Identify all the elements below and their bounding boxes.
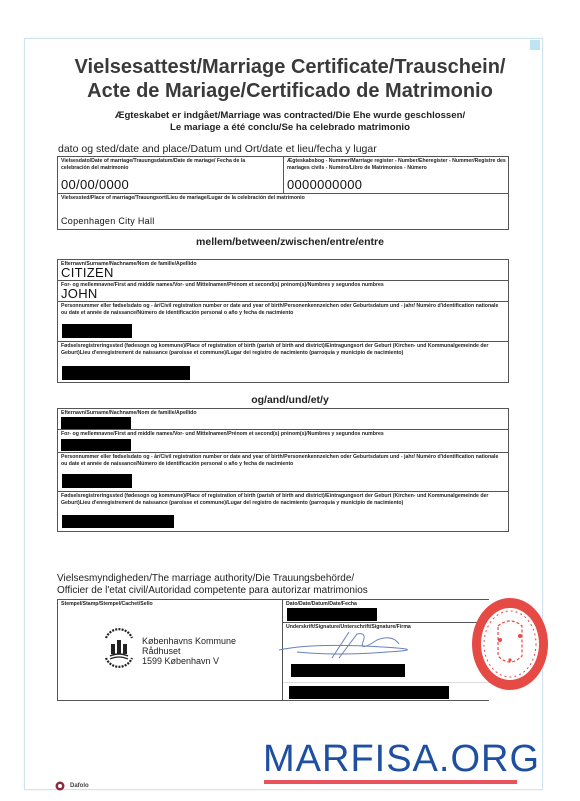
stamp-line1: Københavns Kommune [142, 636, 236, 647]
party1-first-names-cell: For- og mellemnavne/First and middle nam… [58, 281, 508, 301]
marriage-date-label: Vielsesdato/Date of marriage/Trauungsdat… [58, 157, 254, 172]
party2-birth-place-cell: Fødselsregistreringssted (fødesogn og ko… [58, 492, 508, 532]
party2-civil-reg-cell: Personnummer eller fødselsdato og - år/C… [58, 453, 508, 491]
kobenhavn-municipality-logo-icon [102, 628, 136, 668]
civil-reg-label: Personnummer eller fødselsdato og - år/C… [58, 302, 508, 317]
dafolo-logo-icon [55, 781, 65, 791]
party2-surname-redacted [61, 417, 131, 429]
party1-surname-cell: Efternavn/Surname/Nachname/Nom de famill… [58, 260, 508, 280]
register-number-label: Ægteskabsbog - Nummer/Marriage register … [284, 157, 509, 172]
stamp-label: Stempel/Stamp/Stempel/Cachet/Sello [58, 600, 282, 608]
publisher-name: Dafolo [70, 783, 89, 789]
party2-birth-place-redacted [62, 515, 174, 528]
register-number-cell: Ægteskabsbog - Nummer/Marriage register … [284, 157, 509, 194]
party2-table: Efternavn/Surname/Nachname/Nom de famill… [57, 408, 509, 532]
stamp-line3: 1599 København V [142, 656, 219, 667]
date-place-table: Vielsesdato/Date of marriage/Trauungsdat… [57, 156, 509, 230]
document-title-line1: Vielsesattest/Marriage Certificate/Traus… [0, 55, 580, 79]
signatory-title-redacted [289, 686, 449, 699]
document-subtitle-line2: Le mariage a été conclu/Se ha celebrado … [0, 122, 580, 134]
authority-table: Stempel/Stamp/Stempel/Cachet/Sello Køben… [57, 599, 489, 701]
party1-birth-place-redacted [62, 366, 190, 380]
authority-date-label: Dato/Date/Datum/Date/Fecha [283, 600, 490, 608]
party1-civil-reg-cell: Personnummer eller fødselsdato og - år/C… [58, 302, 508, 340]
surname-label: Efternavn/Surname/Nachname/Nom de famill… [58, 260, 508, 268]
document-title-line2: Acte de Mariage/Certificado de Matrimoni… [0, 79, 580, 103]
signature-scribble-icon [277, 630, 427, 660]
civil-reg-label: Personnummer eller fødselsdato og - år/C… [58, 453, 508, 468]
marriage-date-cell: Vielsesdato/Date of marriage/Trauungsdat… [58, 157, 284, 194]
party2-civil-reg-redacted [62, 474, 132, 488]
surname-label: Efternavn/Surname/Nachname/Nom de famill… [58, 409, 508, 417]
marriage-place-value: Copenhagen City Hall [58, 216, 158, 226]
marfisa-watermark: MARFISA.ORG [263, 739, 540, 779]
document-subtitle-line1: Ægteskabet er indgået/Marriage was contr… [0, 110, 580, 122]
marriage-place-label: Vielsessted/Place of marriage/Trauungsor… [58, 194, 508, 202]
party2-first-names-cell: For- og mellemnavne/First and middle nam… [58, 430, 508, 452]
authority-date-redacted [287, 608, 377, 621]
birth-place-label: Fødselsregistreringssted (fødesogn og ko… [58, 342, 508, 357]
party1-surname-value: CITIZEN [58, 266, 117, 280]
between-heading: mellem/between/zwischen/entre/entre [0, 236, 580, 248]
party2-surname-cell: Efternavn/Surname/Nachname/Nom de famill… [58, 409, 508, 429]
first-names-label: For- og mellemnavne/First and middle nam… [58, 281, 508, 289]
first-names-label: For- og mellemnavne/First and middle nam… [58, 430, 508, 438]
party1-birth-place-cell: Fødselsregistreringssted (fødesogn og ko… [58, 342, 508, 383]
watermark-underline [264, 780, 517, 784]
stamp-cell: Stempel/Stamp/Stempel/Cachet/Sello Køben… [58, 600, 283, 700]
party1-civil-reg-redacted [62, 324, 132, 338]
stamp-line2: Rådhuset [142, 646, 181, 657]
party1-table: Efternavn/Surname/Nachname/Nom de famill… [57, 259, 509, 383]
authority-heading-line2: Officier de l'etat civil/Autoridad compe… [57, 585, 368, 597]
date-place-section-label: dato og sted/date and place/Datum und Or… [58, 143, 377, 155]
date-signature-cell: Dato/Date/Datum/Date/Fecha Underskrift/S… [283, 600, 490, 700]
register-number-value: 0000000000 [284, 178, 365, 192]
birth-place-label: Fødselsregistreringssted (fødesogn og ko… [58, 492, 508, 507]
marriage-place-cell: Vielsessted/Place of marriage/Trauungsor… [58, 194, 508, 230]
page-corner-marker [530, 40, 540, 50]
copenhagen-city-seal-icon [470, 596, 550, 692]
and-heading: og/and/und/et/y [0, 394, 580, 406]
marriage-date-value: 00/00/0000 [58, 178, 132, 192]
party1-first-names-value: JOHN [58, 287, 101, 301]
party2-first-names-redacted [61, 439, 131, 451]
signatory-name-redacted [291, 664, 405, 677]
authority-heading-line1: Vielsesmyndigheden/The marriage authorit… [57, 573, 354, 585]
